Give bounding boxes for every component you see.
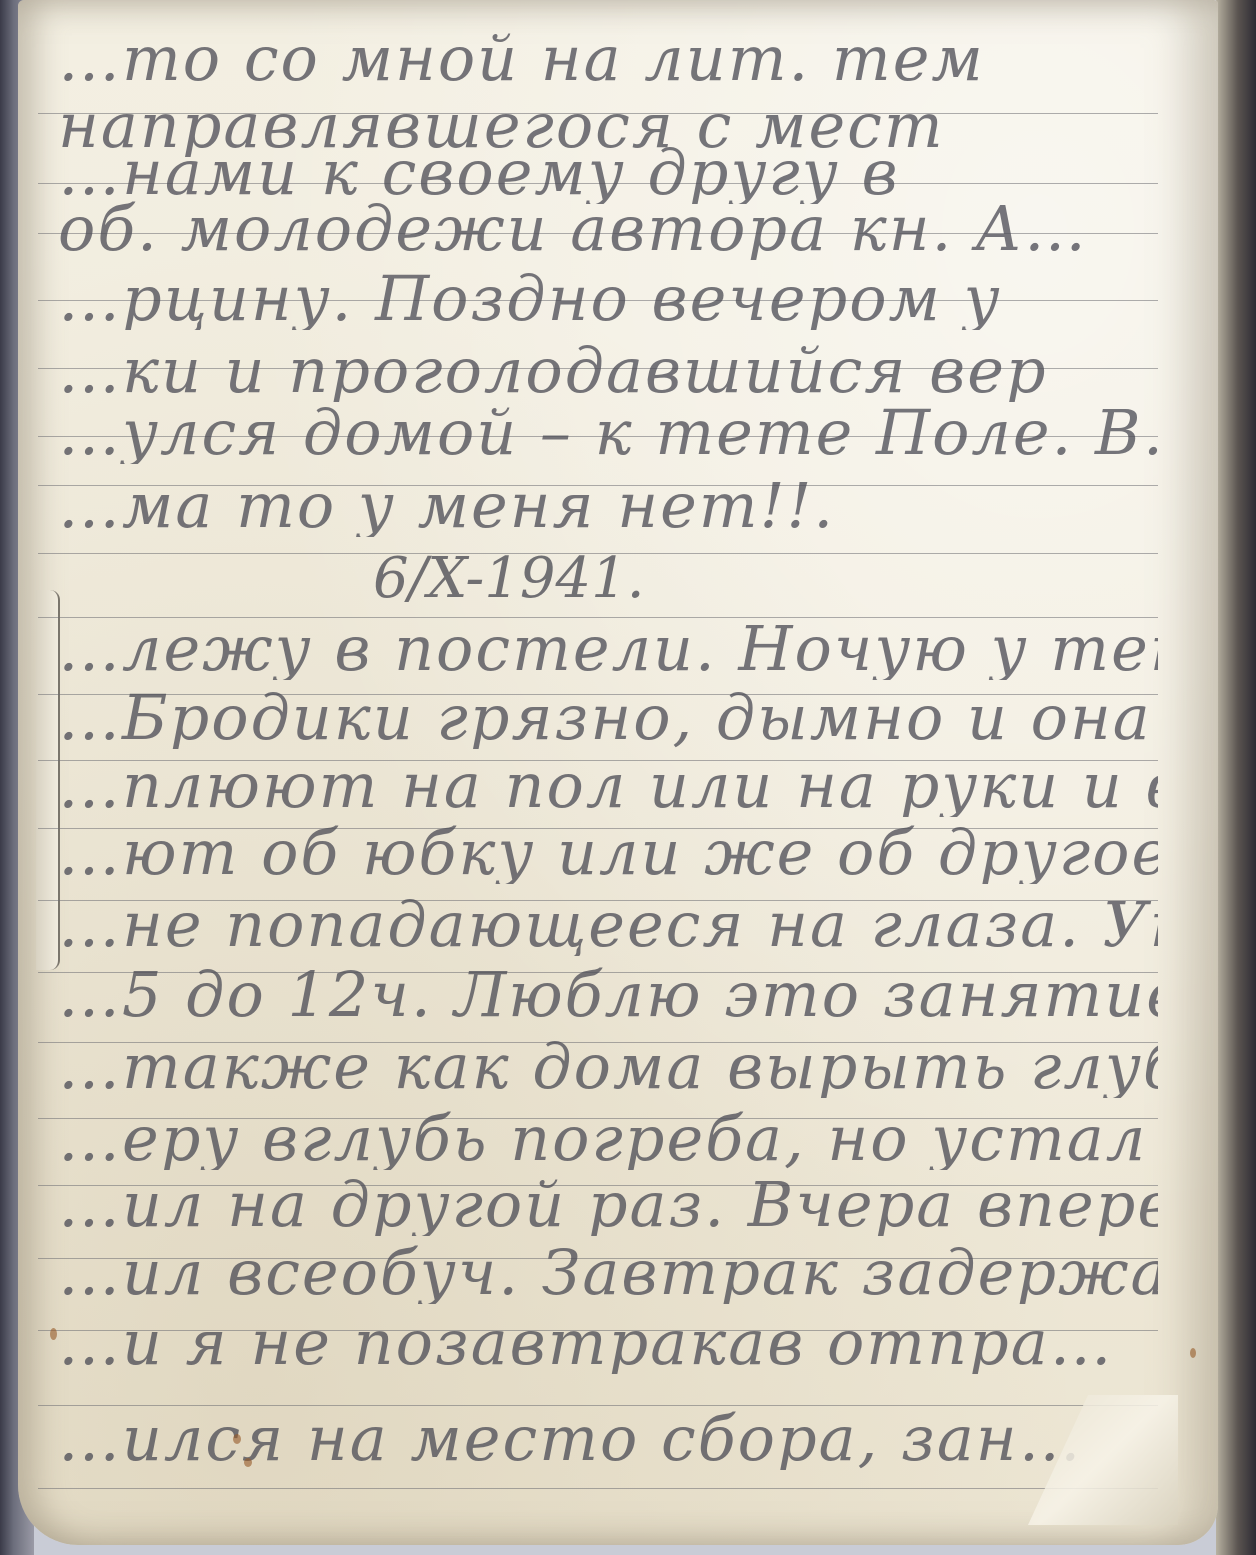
handwritten-line: …ют об юбку или же об другое что ли… <box>58 822 1158 884</box>
ruled-line <box>38 1405 1158 1406</box>
handwritten-line: об. молодежи автора кн. А… <box>58 198 1158 260</box>
handwritten-line: …ма то у меня нет!!. <box>58 475 1158 537</box>
handwritten-line: …не попадающееся на глаза. Утром рыл на <box>58 894 1158 956</box>
handwritten-line: …и я не позавтракав отпра… <box>58 1312 1158 1374</box>
handwritten-line: …плюют на пол или на руки и вытир… <box>58 755 1158 817</box>
handwritten-line: …ил всеобуч. Завтрак задержа… <box>58 1242 1158 1304</box>
rust-spot <box>244 1458 252 1467</box>
rust-spot <box>233 1434 241 1444</box>
handwritten-line: …5 до 12ч. Люблю это занятие, устал <box>58 964 1158 1026</box>
handwritten-line: …ился на место сбора, зан… <box>58 1408 1158 1470</box>
rust-spot <box>50 1328 57 1340</box>
entry-date: 6/X-1941. <box>373 546 645 611</box>
handwritten-line: …рцину. Поздно вечером у <box>58 268 1158 330</box>
handwritten-line: …то со мной на лит. тем <box>58 28 1158 90</box>
handwritten-line: …нами к своему другу в <box>58 142 1158 204</box>
torn-page-edge <box>36 590 60 970</box>
handwritten-line: …Бродики грязно, дымно и она все кошк… <box>58 687 1158 749</box>
diary-page: …то со мной на лит. темнаправлявшегося с… <box>18 0 1218 1545</box>
handwritten-line: …ил на другой раз. Вчера впервые пос… <box>58 1174 1158 1236</box>
handwritten-line: …лежу в постели. Ночую у тети Пол… <box>58 618 1158 680</box>
handwritten-line: …еру вглубь погреба, но устал и от… <box>58 1108 1158 1170</box>
notebook-spine-right <box>1216 0 1256 1555</box>
ruled-line <box>38 1488 1158 1489</box>
rust-spot <box>1190 1348 1196 1358</box>
handwritten-line: …улся домой – к тете Поле. В… <box>58 402 1158 464</box>
handwritten-line: …также как дома вырыть глубокую… <box>58 1036 1158 1098</box>
handwritten-line: …ки и проголодавшийся вер <box>58 340 1158 402</box>
